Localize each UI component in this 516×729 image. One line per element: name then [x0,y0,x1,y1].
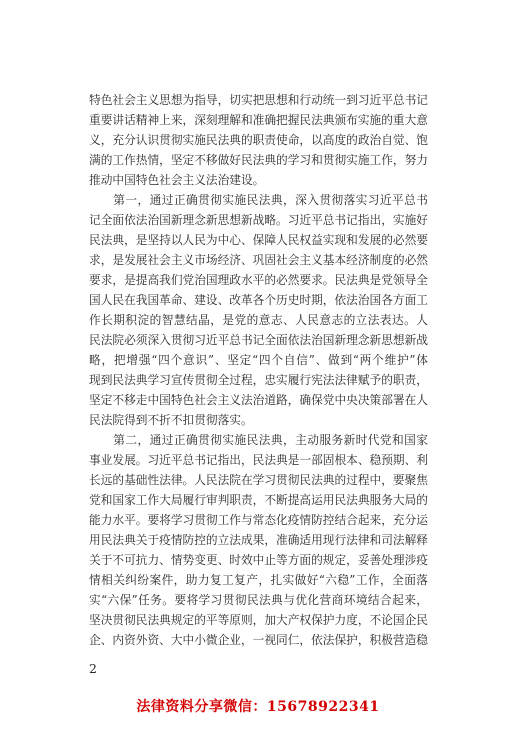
text-line: 要求，是提高我们党治国理政水平的必然要求。民法典是党领导全 [89,270,428,290]
text-line: 民法院得到不折不扣贯彻落实。 [89,410,428,430]
text-line: 能力水平。要将学习贯彻工作与常态化疫情防控结合起来，充分运 [89,510,428,530]
text-line: 特色社会主义思想为指导，切实把思想和行动统一到习近平总书记 [89,90,428,110]
text-line: 坚定不移走中国特色社会主义法治道路，确保党中央决策部署在人 [89,390,428,410]
page-number: 2 [89,659,97,679]
text-line: 民法典，是坚持以人民为中心、保障人民权益实现和发展的必然要 [89,230,428,250]
text-line: 第一，通过正确贯彻实施民法典，深入贯彻落实习近平总书 [89,190,428,210]
document-body: 特色社会主义思想为指导，切实把思想和行动统一到习近平总书记重要讲话精神上来，深刻… [89,90,428,650]
footer-watermark-text: 法律资料分享微信：15678922341 [0,697,516,717]
text-line: 现到民法典学习宣传贯彻全过程，忠实履行宪法法律赋予的职责， [89,370,428,390]
text-line: 略，把增强“四个意识”、坚定“四个自信”、做到“两个维护”体 [89,350,428,370]
text-line: 重要讲话精神上来，深刻理解和准确把握民法典颁布实施的重大意 [89,110,428,130]
text-line: 求，是发展社会主义市场经济、巩固社会主义基本经济制度的必然 [89,250,428,270]
text-line: 事业发展。习近平总书记指出，民法典是一部固根本、稳预期、利 [89,450,428,470]
text-line: 关于不可抗力、情势变更、时效中止等方面的规定，妥善处理涉疫 [89,550,428,570]
text-line: 第二，通过正确贯彻实施民法典，主动服务新时代党和国家 [89,430,428,450]
document-page: 特色社会主义思想为指导，切实把思想和行动统一到习近平总书记重要讲话精神上来，深刻… [0,0,516,729]
text-line: 作长期积淀的智慧结晶，是党的意志、人民意志的立法表达。人 [89,310,428,330]
text-line: 民法院必须深入贯彻习近平总书记全面依法治国新理念新思想新战 [89,330,428,350]
text-line: 情相关纠纷案件，助力复工复产，扎实做好“六稳”工作，全面落 [89,570,428,590]
text-line: 长远的基础性法律。人民法院在学习贯彻民法典的过程中，要聚焦 [89,470,428,490]
text-line: 满的工作热情，坚定不移做好民法典的学习和贯彻实施工作，努力 [89,150,428,170]
text-line: 实“六保”任务。要将学习贯彻民法典与优化营商环境结合起来， [89,590,428,610]
text-line: 用民法典关于疫情防控的立法成果，准确适用现行法律和司法解释 [89,530,428,550]
text-line: 义，充分认识贯彻实施民法典的职责使命，以高度的政治自觉、饱 [89,130,428,150]
text-line: 国人民在我国革命、建设、改革各个历史时期，依法治国各方面工 [89,290,428,310]
text-line: 坚决贯彻民法典规定的平等原则，加大产权保护力度，不论国企民 [89,610,428,630]
text-line: 党和国家工作大局履行审判职责，不断提高运用民法典服务大局的 [89,490,428,510]
text-line: 企、内资外资、大中小微企业，一视同仁，依法保护，积极营造稳 [89,630,428,650]
text-line: 记全面依法治国新理念新思想新战略。习近平总书记指出，实施好 [89,210,428,230]
text-line: 推动中国特色社会主义法治建设。 [89,170,428,190]
